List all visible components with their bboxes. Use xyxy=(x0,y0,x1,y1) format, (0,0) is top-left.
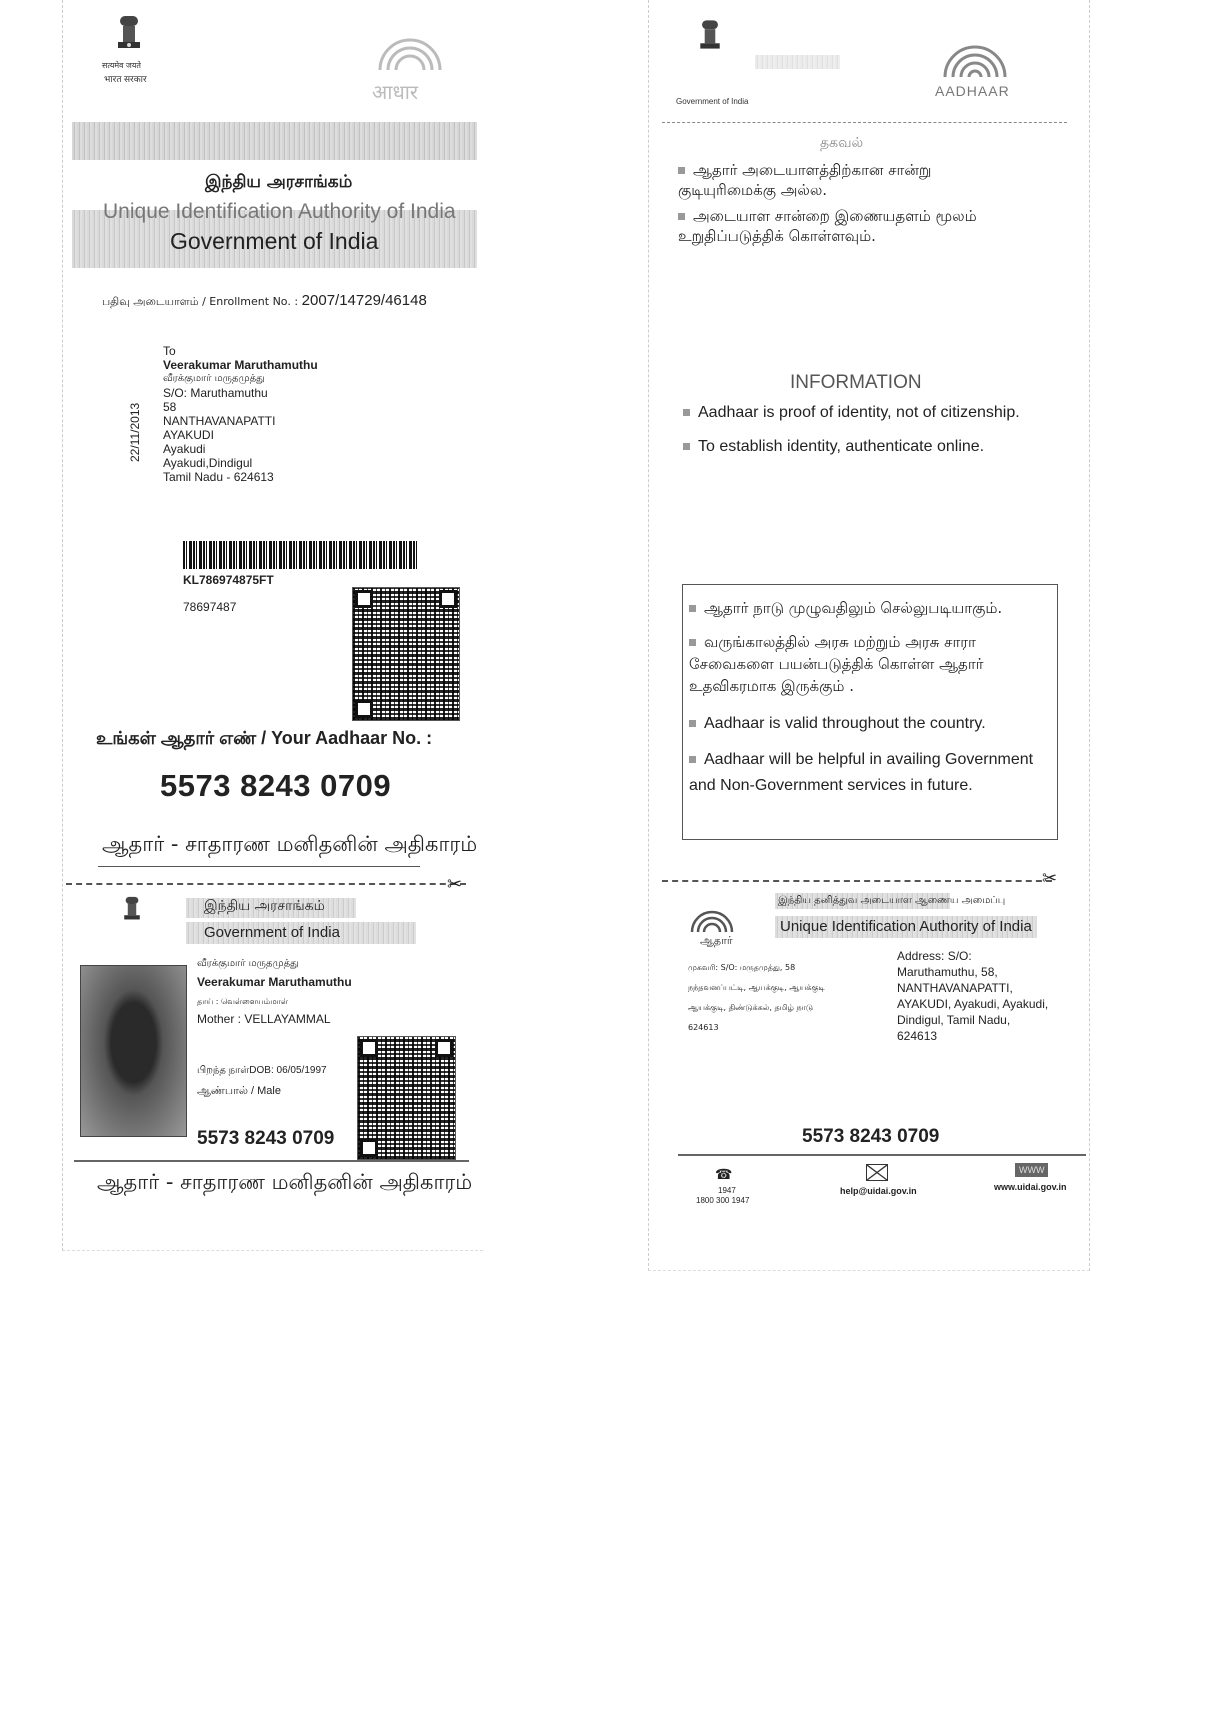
bullet-icon xyxy=(678,213,685,220)
bullet-icon xyxy=(689,756,696,763)
barcode xyxy=(183,541,418,569)
info-box: ஆதார் நாடு முழுவதிலும் செல்லுபடியாகும். … xyxy=(682,584,1058,840)
cutout-divider xyxy=(74,1160,469,1162)
address-line: Ayakudi xyxy=(163,442,318,456)
right-header-divider xyxy=(662,122,1067,123)
barcode-text: KL786974875FT xyxy=(183,573,274,587)
cutout-qr-code xyxy=(357,1036,456,1160)
info-list: Aadhaar is proof of identity, not of cit… xyxy=(683,400,1020,460)
resident-name-en: Veerakumar Maruthamuthu xyxy=(163,358,318,372)
cutout-name-ta: வீரக்குமார் மருதமுத்து xyxy=(197,958,299,970)
cutout-gov-label: Government of India xyxy=(204,924,340,941)
address-line: NANTHAVANAPATTI xyxy=(163,414,318,428)
address-block: To Veerakumar Maruthamuthu வீரக்குமார் ம… xyxy=(163,344,318,484)
cutout-mother-ta: தாய் : வெள்ளையம்மாள் xyxy=(197,997,288,1007)
aadhaar-fingerprint-logo-icon xyxy=(370,30,450,75)
aadhaar-logo-text: आधार xyxy=(372,78,418,105)
right-cutout-divider xyxy=(678,1154,1086,1156)
cutout-gender: ஆண்பால் / Male xyxy=(197,1085,281,1099)
divider xyxy=(98,866,420,867)
bullet-icon xyxy=(689,605,696,612)
tamil-info-title: தகவல் xyxy=(820,135,863,153)
resident-name-ta: வீரக்குமார் மருதமுத்து xyxy=(163,372,318,386)
enrollment-row: பதிவு அடையாளம் / Enrollment No. : 2007/1… xyxy=(102,292,427,310)
emblem-caption-1: सत्यमेव जयते xyxy=(102,60,141,71)
tamil-info-item: அடையாள சான்றை இணையதளம் மூலம் உறுதிப்படுத… xyxy=(678,206,1008,246)
header-band-top xyxy=(72,122,477,160)
tagline: ஆதார் - சாதாரண மனிதனின் அதிகாரம் xyxy=(102,832,477,859)
box-item: வருங்காலத்தில் அரசு மற்றும் அரசு சாரா சே… xyxy=(689,631,1045,697)
www-badge-icon: WWW xyxy=(1015,1163,1048,1177)
print-date: 22/11/2013 xyxy=(128,403,142,462)
phone-icon: ☎ xyxy=(715,1166,732,1183)
emblem-caption-2: भारत सरकार xyxy=(104,72,147,85)
qr-code xyxy=(352,587,460,721)
right-header-faded xyxy=(755,55,840,69)
government-of-india-label: Government of India xyxy=(170,228,378,255)
national-emblem-icon xyxy=(695,16,725,60)
address-en-line: NANTHAVANAPATTI, xyxy=(897,980,1048,996)
info-item: To establish identity, authenticate onli… xyxy=(683,434,1020,460)
national-emblem-icon xyxy=(120,893,144,929)
address-line: AYAKUDI xyxy=(163,428,318,442)
aadhaar-number: 5573 8243 0709 xyxy=(160,768,391,804)
address-line: 58 xyxy=(163,400,318,414)
bullet-icon xyxy=(678,167,685,174)
cutout-logo-caption: ஆதார் xyxy=(700,934,733,949)
email-icon xyxy=(866,1164,888,1181)
tamil-info-item: ஆதார் அடையாளத்திற்கான சான்று குடியுரிமைக… xyxy=(678,160,1008,200)
address-ta-line: நந்தவனப்பட்டி, ஆயக்குடி, ஆயக்குடி xyxy=(688,978,825,998)
address-en-line: 624613 xyxy=(897,1028,1048,1044)
bullet-icon xyxy=(683,409,690,416)
cutout-tagline: ஆதார் - சாதாரண மனிதனின் அதிகாரம் xyxy=(97,1170,472,1197)
scissors-icon: ✂ xyxy=(447,874,462,895)
address-ta-line: ஆயக்குடி, திண்டுக்கல், தமிழ் நாடு xyxy=(688,998,825,1018)
enrollment-label: பதிவு அடையாளம் / Enrollment No. : xyxy=(102,295,298,308)
bullet-icon xyxy=(689,720,696,727)
address-line: Tamil Nadu - 624613 xyxy=(163,470,318,484)
address-en-line: Maruthamuthu, 58, xyxy=(897,964,1048,980)
cut-line xyxy=(66,883,466,885)
cutout-aadhaar-number: 5573 8243 0709 xyxy=(197,1128,334,1150)
right-emblem-caption: Government of India xyxy=(676,97,748,106)
cutout-tamil-header: இந்திய அரசாங்கம் xyxy=(204,898,325,916)
address-en-line: Dindigul, Tamil Nadu, xyxy=(897,1012,1048,1028)
right-cutout-aadhaar-number: 5573 8243 0709 xyxy=(802,1126,939,1148)
address-en-line: AYAKUDI, Ayakudi, Ayakudi, xyxy=(897,996,1048,1012)
address-en-block: Address: S/O: Maruthamuthu, 58, NANTHAVA… xyxy=(897,948,1048,1044)
address-ta-line: 624613 xyxy=(688,1018,825,1038)
resident-photo xyxy=(80,965,187,1137)
uidai-label: Unique Identification Authority of India xyxy=(103,200,456,224)
tamil-info-list: ஆதார் அடையாளத்திற்கான சான்று குடியுரிமைக… xyxy=(678,160,1008,246)
address-ta-block: முகவரி: S/O: மருதமுத்து, 58 நந்தவனப்பட்ட… xyxy=(688,958,825,1038)
scissors-icon: ✂ xyxy=(1042,868,1057,889)
reference-number: 78697487 xyxy=(183,600,236,614)
box-item: ஆதார் நாடு முழுவதிலும் செல்லுபடியாகும். xyxy=(689,597,1045,619)
right-cutout-uidai-label: Unique Identification Authority of India xyxy=(780,918,1032,935)
right-cutout-tamil-header: இந்திய தனித்துவ அடையாள ஆணைய அமைப்பு xyxy=(778,895,1005,907)
national-emblem-icon xyxy=(112,12,146,60)
tamil-header: இந்திய அரசாங்கம் xyxy=(205,172,352,194)
info-item: Aadhaar is proof of identity, not of cit… xyxy=(683,400,1020,426)
phone-short: 1947 xyxy=(718,1186,736,1195)
cutout-dob: பிறந்த நாள்DOB: 06/05/1997 xyxy=(197,1065,327,1077)
address-line: Ayakudi,Dindigul xyxy=(163,456,318,470)
cut-line xyxy=(662,880,1052,882)
website-link[interactable]: www.uidai.gov.in xyxy=(994,1182,1067,1192)
right-aadhaar-logo-text: AADHAAR xyxy=(935,83,1010,99)
address-to: To xyxy=(163,344,318,358)
info-title: INFORMATION xyxy=(790,372,922,394)
address-en-line: Address: S/O: xyxy=(897,948,1048,964)
aadhaar-fingerprint-logo-icon xyxy=(935,25,1015,80)
bullet-icon xyxy=(683,443,690,450)
your-aadhaar-label: உங்கள் ஆதார் எண் / Your Aadhaar No. : xyxy=(96,728,432,751)
aadhaar-fingerprint-logo-icon xyxy=(688,898,736,934)
help-email[interactable]: help@uidai.gov.in xyxy=(840,1186,917,1196)
address-line: S/O: Maruthamuthu xyxy=(163,386,318,400)
address-ta-line: முகவரி: S/O: மருதமுத்து, 58 xyxy=(688,958,825,978)
box-item: Aadhaar is valid throughout the country. xyxy=(689,713,1045,735)
cutout-name-en: Veerakumar Maruthamuthu xyxy=(197,975,352,989)
cutout-mother-en: Mother : VELLAYAMMAL xyxy=(197,1012,331,1026)
bullet-icon xyxy=(689,639,696,646)
box-item: Aadhaar will be helpful in availing Gove… xyxy=(689,747,1045,799)
enrollment-number: 2007/14729/46148 xyxy=(302,292,427,309)
phone-long: 1800 300 1947 xyxy=(696,1196,749,1205)
